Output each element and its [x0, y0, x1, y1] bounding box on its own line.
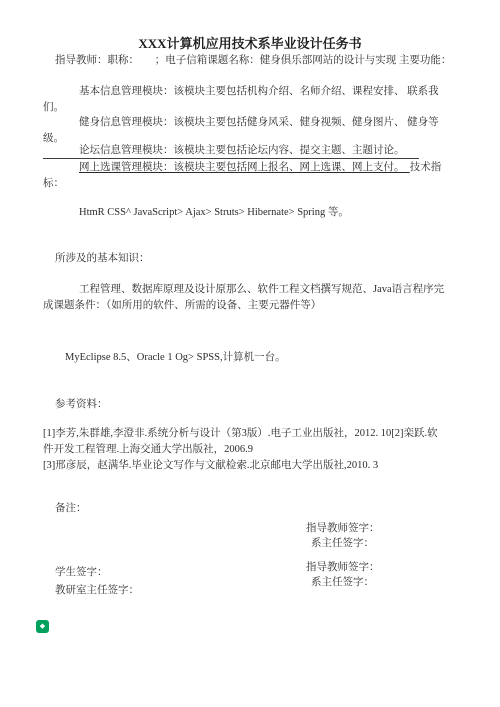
tech-stack-line: HtmR CSS^ JavaScript> Ajax> Struts> Hibe…: [79, 205, 349, 221]
module-online-course-paragraph: 网上选课管理模块：该模块主要包括网上报名、网上选课、网上支付。 技术指标：: [43, 160, 445, 192]
reference-item-1: [1]李芳,朱群雄,李澄非.系统分析与设计（第3版）.电子工业出版社，2012.…: [43, 426, 447, 458]
module-online-course-underlined-text: 网上选课管理模块：该模块主要包括网上报名、网上选课、网上支付。: [79, 162, 410, 173]
page-title: XXX计算机应用技术系毕业设计任务书: [0, 33, 500, 52]
dept-head-signature-label: 系主任签字：: [306, 536, 380, 551]
watermark-glyph: ◆: [40, 623, 45, 630]
signature-block-bottom-right: 指导教师签字： 系主任签字：: [306, 560, 380, 590]
advisor-signature-label-2: 指导教师签字：: [306, 560, 380, 575]
notes-label: 备注：: [55, 501, 87, 517]
module-forum-info-paragraph: 论坛信息管理模块：该模块主要包括论坛内容、提交主题、主题讨论。: [43, 143, 419, 159]
module-basic-info-paragraph: 基本信息管理模块：该模块主要包括机构介绍、名师介绍、课程安排、 联系我们。: [43, 84, 445, 116]
document-page: XXX计算机应用技术系毕业设计任务书 指导教师：职称： ；电子信箱课题名称：健身…: [0, 0, 500, 707]
basic-knowledge-paragraph: 工程管理、数据库原理及设计原那么、软件工程文档撰写规范、Java语言程序完成课题…: [43, 282, 445, 314]
signature-block-top-right: 指导教师签字： 系主任签字：: [306, 521, 380, 551]
student-signature-label: 学生签字：: [55, 564, 139, 582]
references-label: 参考资料：: [55, 397, 108, 413]
advisor-signature-label: 指导教师签字：: [306, 521, 380, 536]
reference-item-2: [3]邢彦辰，赵满华.毕业论文写作与文献检索.北京邮电大学出版社,2010. 3: [43, 458, 447, 474]
advisor-info-line: 指导教师：职称： ；电子信箱课题名称：健身俱乐部网站的设计与实现 主要功能：: [55, 53, 451, 69]
office-head-signature-label: 教研室主任签字：: [55, 582, 139, 600]
watermark-icon: ◆: [36, 620, 49, 633]
basic-knowledge-label: 所涉及的基本知识：: [55, 251, 150, 267]
dept-head-signature-label-2: 系主任签字：: [306, 575, 380, 590]
signature-block-bottom-left: 学生签字： 教研室主任签字：: [55, 564, 139, 600]
tools-line: MyEclipse 8.5、Oracle 1 Og> SPSS,计算机一台。: [65, 350, 286, 366]
